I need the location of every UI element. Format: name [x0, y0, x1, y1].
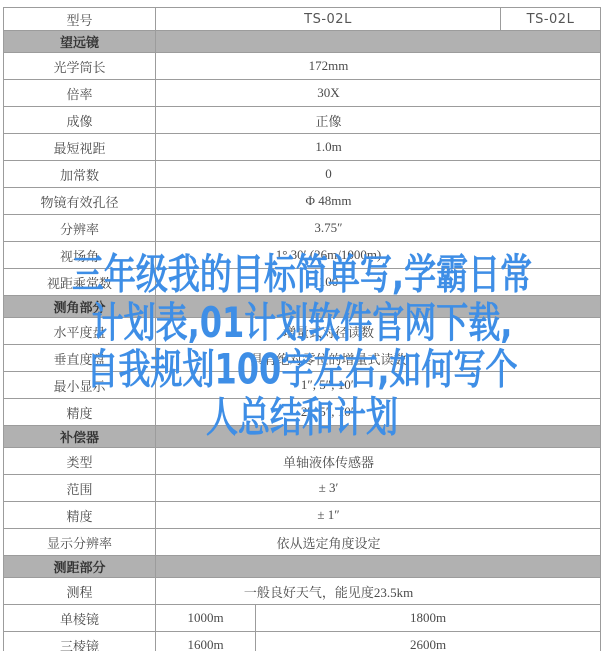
spec-label: 光学筒长 [4, 53, 156, 79]
table-row: 类型单轴液体传感器 [4, 448, 600, 475]
section-title: 补偿器 [4, 426, 156, 447]
spec-value: 1.0m [156, 139, 501, 155]
spec-label: 分辨率 [4, 215, 156, 241]
spec-value: 依从选定角度设定 [156, 533, 501, 552]
section-title: 测角部分 [4, 296, 156, 317]
spec-value: 30X [156, 85, 501, 101]
section-row: 测距部分 [4, 556, 600, 578]
table-row: 视场角1° 30′ (26m/1000m) [4, 242, 600, 269]
table-row: 光学筒长172mm [4, 53, 600, 80]
spec-label: 范围 [4, 475, 156, 501]
table-row: 型号TS-02LTS-02L [4, 8, 600, 31]
spec-table: 型号TS-02LTS-02L望远镜光学筒长172mm倍率30X成像正像最短视距1… [3, 7, 601, 651]
table-row: 最小显示1″, 5″, 10″ [4, 372, 600, 399]
table-row: 物镜有效孔径Φ 48mm [4, 188, 600, 215]
table-row: 加常数0 [4, 161, 600, 188]
spec-value: 0 [156, 166, 501, 182]
section-row: 补偿器 [4, 426, 600, 448]
spec-label: 水平度盘 [4, 318, 156, 344]
spec-value: 正像 [156, 111, 501, 130]
table-row: 垂直度盘具有绝对零位的增量式读数 [4, 345, 600, 372]
page: 型号TS-02LTS-02L望远镜光学筒长172mm倍率30X成像正像最短视距1… [0, 0, 604, 651]
spec-value-secondary: 1800m [256, 610, 600, 626]
spec-value: Φ 48mm [156, 193, 501, 209]
spec-label: 测程 [4, 578, 156, 604]
spec-label: 最小显示 [4, 372, 156, 398]
spec-value: 1° 30′ (26m/1000m) [156, 247, 501, 263]
section-title: 测距部分 [4, 556, 156, 577]
spec-label: 精度 [4, 502, 156, 528]
table-row: 视距乘常数100 [4, 269, 600, 296]
table-row: 最短视距1.0m [4, 134, 600, 161]
table-row: 范围± 3′ [4, 475, 600, 502]
spec-value: ± 1″ [156, 507, 501, 523]
spec-label: 三棱镜 [4, 632, 156, 651]
spec-value: 100 [156, 274, 501, 290]
section-band [156, 426, 600, 447]
spec-value: 增量式对径读数 [156, 322, 501, 341]
spec-value: 1000m [156, 605, 256, 631]
section-title: 望远镜 [4, 31, 156, 52]
table-row: 精度2″, 5″, 10″ [4, 399, 600, 426]
spec-value: 2″, 5″, 10″ [156, 404, 501, 420]
spec-value-secondary: 2600m [256, 637, 600, 651]
spec-label: 型号 [4, 8, 156, 30]
spec-label: 成像 [4, 107, 156, 133]
table-row: 测程一般良好天气，能见度23.5km [4, 578, 600, 605]
section-band [156, 31, 600, 52]
spec-label: 视距乘常数 [4, 269, 156, 295]
spec-value-secondary: TS-02L [501, 12, 600, 27]
spec-label: 垂直度盘 [4, 345, 156, 371]
section-row: 望远镜 [4, 31, 600, 53]
spec-value: 3.75″ [156, 220, 501, 236]
spec-value: 172mm [156, 58, 501, 74]
table-row: 精度± 1″ [4, 502, 600, 529]
section-row: 测角部分 [4, 296, 600, 318]
table-row: 显示分辨率依从选定角度设定 [4, 529, 600, 556]
table-row: 分辨率3.75″ [4, 215, 600, 242]
spec-label: 类型 [4, 448, 156, 474]
spec-label: 物镜有效孔径 [4, 188, 156, 214]
spec-value: TS-02L [156, 8, 501, 30]
table-row: 水平度盘增量式对径读数 [4, 318, 600, 345]
spec-value: 具有绝对零位的增量式读数 [156, 349, 501, 368]
table-row: 单棱镜1000m1800m [4, 605, 600, 632]
spec-label: 最短视距 [4, 134, 156, 160]
spec-label: 加常数 [4, 161, 156, 187]
table-row: 倍率30X [4, 80, 600, 107]
spec-value: 一般良好天气，能见度23.5km [156, 582, 501, 601]
spec-value: 单轴液体传感器 [156, 452, 501, 471]
section-band [156, 296, 600, 317]
spec-value: 1″, 5″, 10″ [156, 377, 501, 393]
table-row: 成像正像 [4, 107, 600, 134]
spec-label: 精度 [4, 399, 156, 425]
spec-label: 单棱镜 [4, 605, 156, 631]
section-band [156, 556, 600, 577]
spec-label: 显示分辨率 [4, 529, 156, 555]
spec-label: 视场角 [4, 242, 156, 268]
spec-label: 倍率 [4, 80, 156, 106]
table-row: 三棱镜1600m2600m [4, 632, 600, 651]
spec-value: 1600m [156, 632, 256, 651]
spec-value: ± 3′ [156, 480, 501, 496]
